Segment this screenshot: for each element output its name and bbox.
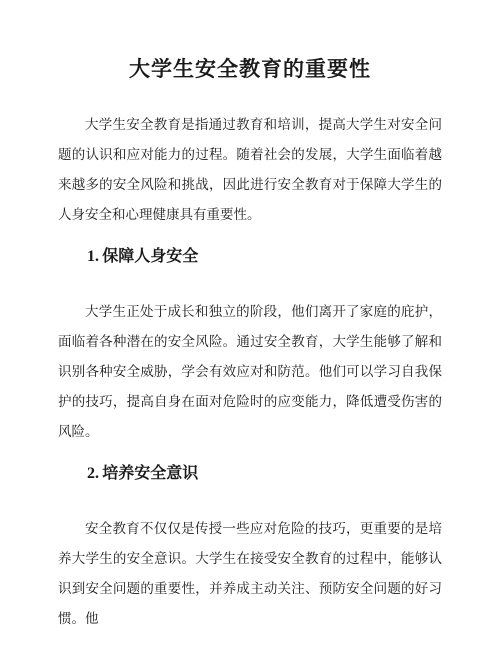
section-paragraph-2: 安全教育不仅仅是传授一些应对危险的技巧，更重要的是培养大学生的安全意识。大学生在… xyxy=(58,514,442,634)
document-page: 大学生安全教育的重要性 大学生安全教育是指通过教育和培训，提高大学生对安全问题的… xyxy=(0,0,500,647)
intro-paragraph: 大学生安全教育是指通过教育和培训，提高大学生对安全问题的认识和应对能力的过程。随… xyxy=(58,110,442,230)
section-number-2: 2. xyxy=(87,465,99,482)
section-number-1: 1. xyxy=(87,248,99,265)
section-heading-1: 1. 保障人身安全 xyxy=(58,242,442,272)
section-heading-text-1: 保障人身安全 xyxy=(102,248,198,265)
document-title: 大学生安全教育的重要性 xyxy=(58,54,442,86)
section-heading-2: 2. 培养安全意识 xyxy=(58,459,442,489)
section-heading-text-2: 培养安全意识 xyxy=(102,465,198,482)
section-paragraph-1: 大学生正处于成长和独立的阶段，他们离开了家庭的庇护，面临着各种潜在的安全风险。通… xyxy=(58,297,442,447)
